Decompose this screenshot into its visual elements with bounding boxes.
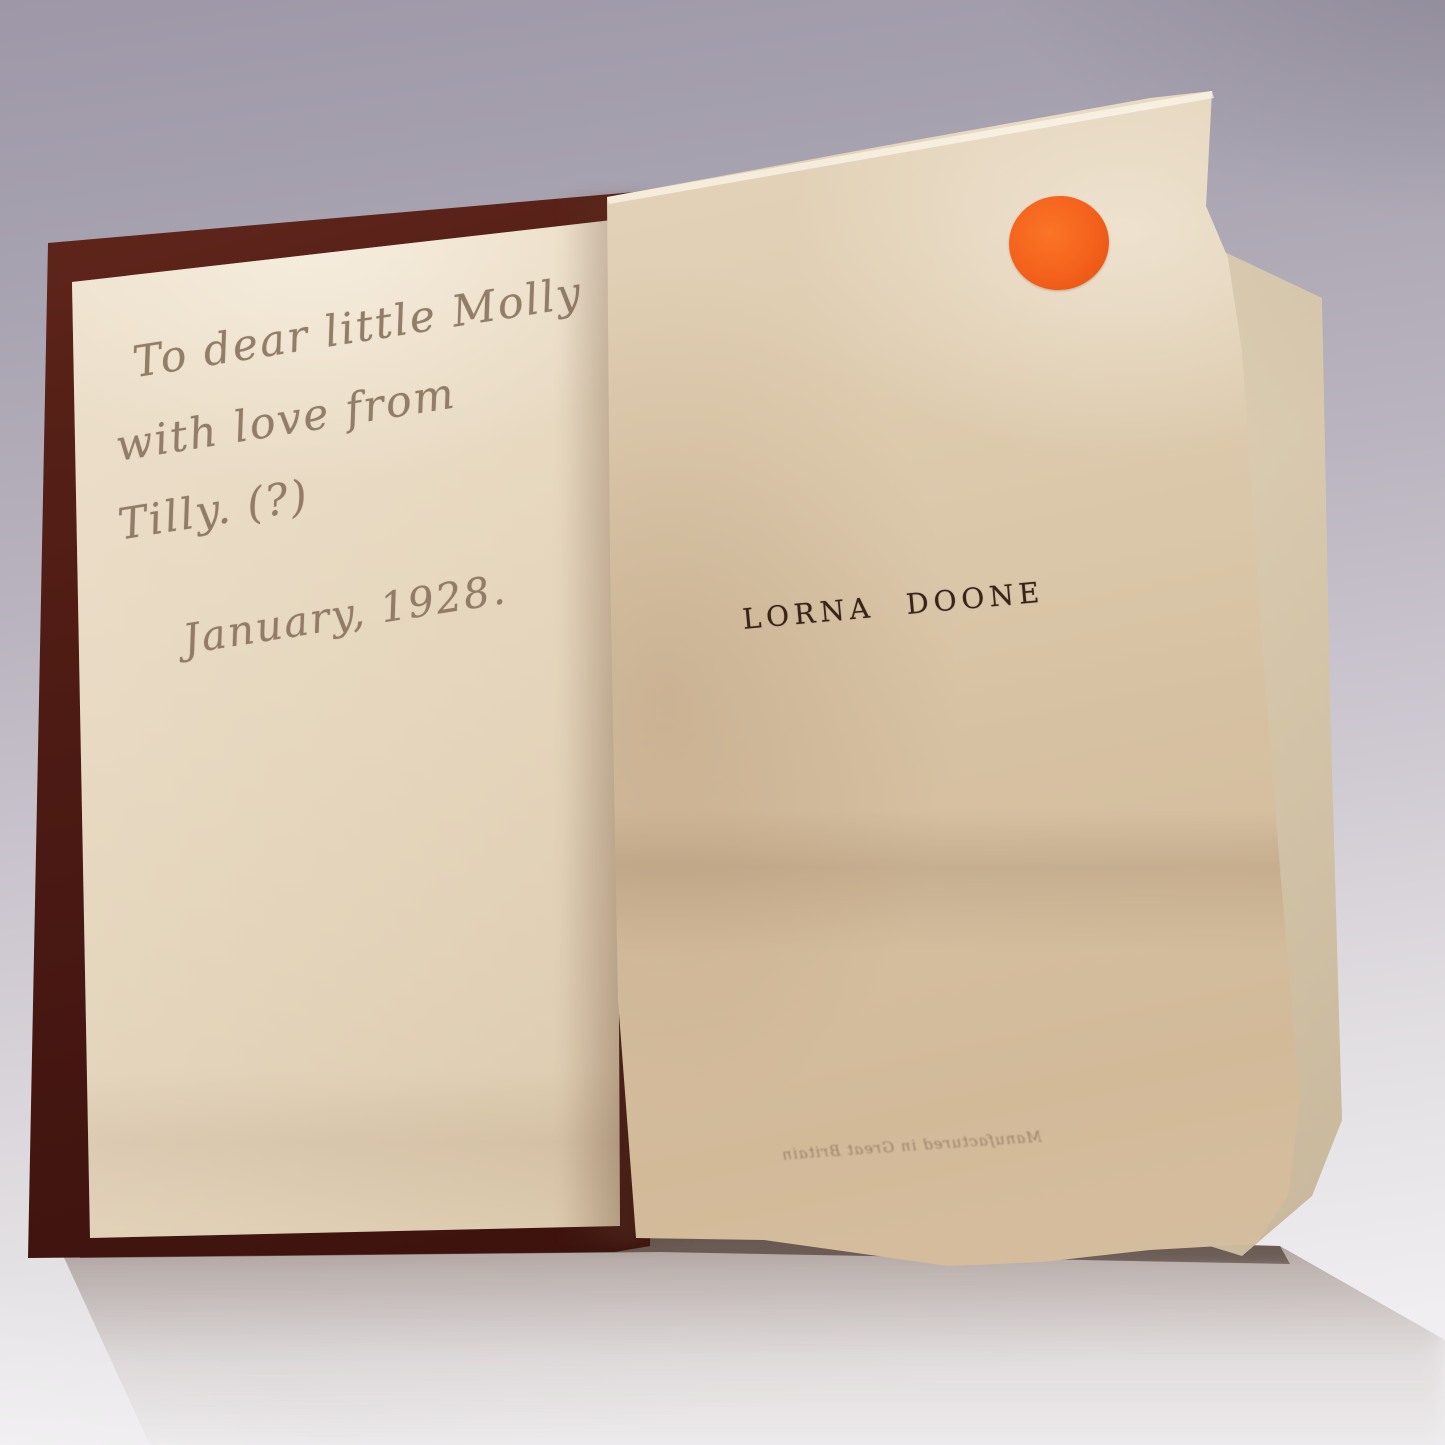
- photo-of-open-book: To dear little Molly with love from Till…: [0, 0, 1445, 1445]
- inscription-line-4: January, 1928.: [180, 565, 510, 664]
- inscription-line-3: Tilly. (?): [115, 471, 313, 550]
- inscription-line-2: with love from: [112, 369, 459, 472]
